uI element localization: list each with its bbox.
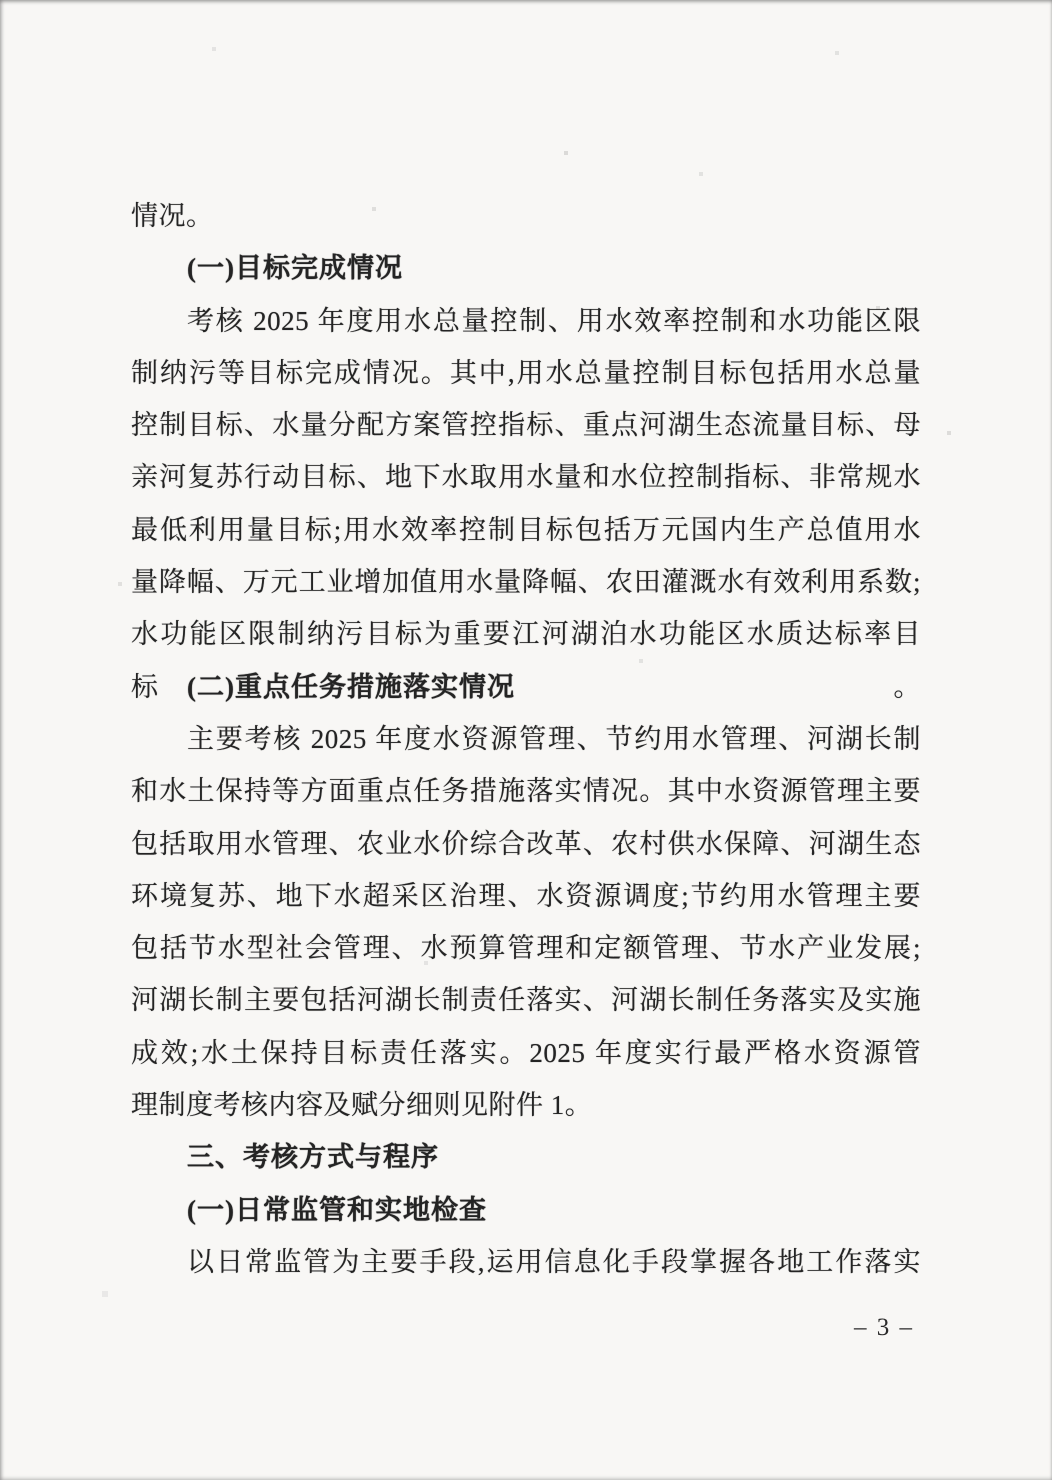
text-line: 控制目标、水量分配方案管控指标、重点河湖生态流量目标、母 (131, 399, 921, 451)
text-line: 包括取用水管理、农业水价综合改革、农村供水保障、河湖生态 (131, 818, 921, 870)
text-line: 成效;水土保持目标责任落实。2025 年度实行最严格水资源管 (131, 1027, 921, 1079)
text-line: 环境复苏、地下水超采区治理、水资源调度;节约用水管理主要 (131, 870, 921, 922)
section-heading: (一)日常监管和实地检查 (131, 1184, 921, 1236)
text-line: 亲河复苏行动目标、地下水取用水量和水位控制指标、非常规水 (131, 451, 921, 503)
text-line: 制纳污等目标完成情况。其中,用水总量控制目标包括用水总量 (131, 347, 921, 399)
text-line: 河湖长制主要包括河湖长制责任落实、河湖长制任务落实及实施 (131, 974, 921, 1026)
page-number: – 3 – (838, 1311, 930, 1345)
text-line: 情况。 (131, 190, 921, 242)
text-line: 理制度考核内容及赋分细则见附件 1。 (131, 1079, 921, 1131)
text-line: 最低利用量目标;用水效率控制目标包括万元国内生产总值用水 (131, 504, 921, 556)
scan-noise (0, 0, 2, 2)
chapter-heading: 三、考核方式与程序 (131, 1131, 921, 1183)
text-line: 水功能区限制纳污目标为重要江河湖泊水功能区水质达标率目标。 (131, 608, 921, 660)
document-body: 情况。 (一)目标完成情况 考核 2025 年度用水总量控制、用水效率控制和水功… (131, 190, 921, 1288)
text-line: 和水土保持等方面重点任务措施落实情况。其中水资源管理主要 (131, 765, 921, 817)
text-line: 以日常监管为主要手段,运用信息化手段掌握各地工作落实 (131, 1236, 921, 1288)
text-line: 主要考核 2025 年度水资源管理、节约用水管理、河湖长制 (131, 713, 921, 765)
text-line: 包括节水型社会管理、水预算管理和定额管理、节水产业发展; (131, 922, 921, 974)
text-line: 量降幅、万元工业增加值用水量降幅、农田灌溉水有效利用系数; (131, 556, 921, 608)
section-heading: (一)目标完成情况 (131, 242, 921, 294)
text-line: 考核 2025 年度用水总量控制、用水效率控制和水功能区限 (131, 295, 921, 347)
scanned-document-page: { "page": { "background": "#f8f7f5", "te… (0, 0, 1052, 1480)
